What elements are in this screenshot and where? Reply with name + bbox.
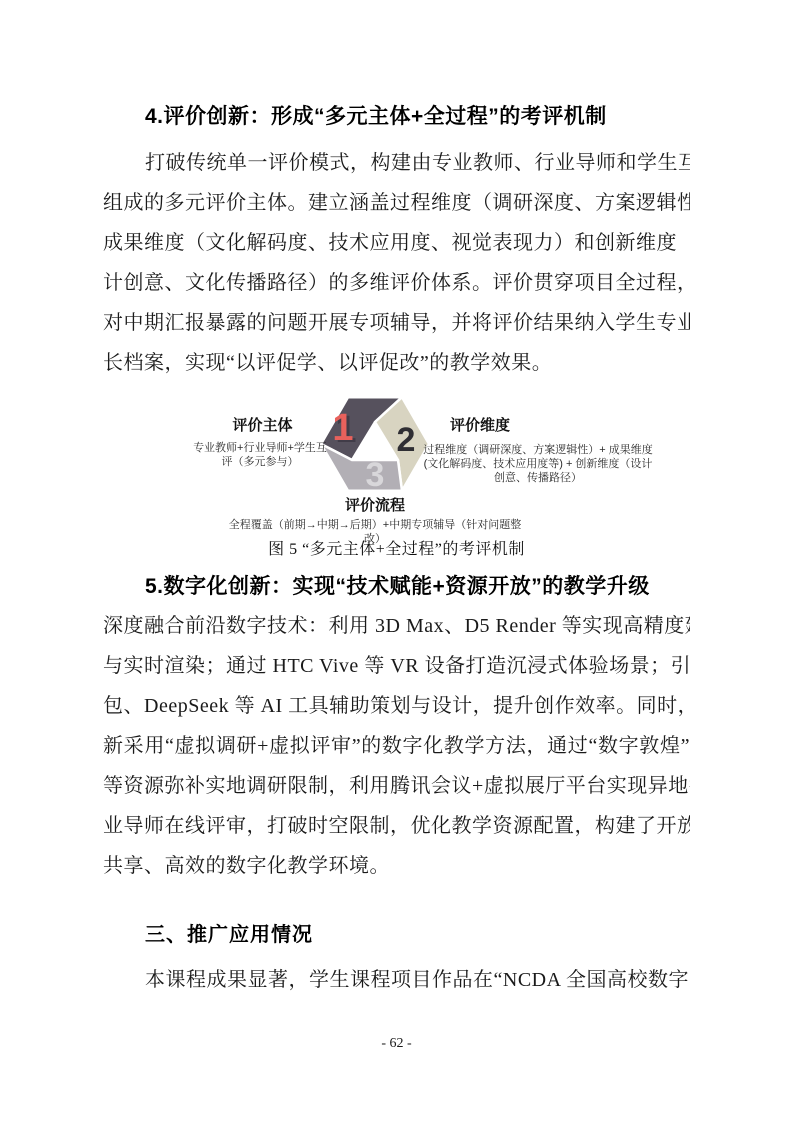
paragraph-line: 业导师在线评审，打破时空限制，优化教学资源配置，构建了开放、 <box>103 806 690 846</box>
label-line: 创意、传播路径） <box>418 471 658 485</box>
figure-caption: 图 5 “多元主体+全过程”的考评机制 <box>0 536 793 559</box>
paragraph-line: 新采用“虚拟调研+虚拟评审”的数字化教学方法，通过“数字敦煌” <box>103 726 690 766</box>
paragraph-line: 打破传统单一评价模式，构建由专业教师、行业导师和学生互评 <box>103 143 690 183</box>
label-line: 专业教师+行业导师+学生互 <box>180 441 340 455</box>
segment-3-number: 3 <box>366 456 385 494</box>
paragraph-line: 计创意、文化传播路径）的多维评价体系。评价贯穿项目全过程，针 <box>103 263 690 303</box>
paragraph-line: 包、DeepSeek 等 AI 工具辅助策划与设计，提升创作效率。同时，创 <box>103 686 690 726</box>
document-page: 4.评价创新：形成“多元主体+全过程”的考评机制 打破传统单一评价模式，构建由专… <box>0 0 793 1122</box>
paragraph-line: 共享、高效的数字化教学环境。 <box>103 846 690 886</box>
segment-2-number: 2 <box>397 421 416 459</box>
label-evaluation-dimension-desc: 过程维度（调研深度、方案逻辑性）+ 成果维度 (文化解码度、技术应用度等) + … <box>418 443 658 485</box>
label-line: 过程维度（调研深度、方案逻辑性）+ 成果维度 <box>418 443 658 457</box>
label-evaluation-dimension-title: 评价维度 <box>430 416 530 435</box>
paragraph-line: 对中期汇报暴露的问题开展专项辅导，并将评价结果纳入学生专业成 <box>103 303 690 343</box>
paragraph-line: 深度融合前沿数字技术：利用 3D Max、D5 Render 等实现高精度建模 <box>103 606 690 646</box>
label-line: 评（多元参与） <box>180 455 340 469</box>
label-evaluation-subject-desc: 专业教师+行业导师+学生互 评（多元参与） <box>180 441 340 469</box>
paragraph-evaluation: 打破传统单一评价模式，构建由专业教师、行业导师和学生互评 组成的多元评价主体。建… <box>103 143 690 383</box>
label-line: (文化解码度、技术应用度等) + 创新维度（设计 <box>418 457 658 471</box>
page-number: - 62 - <box>0 1036 793 1052</box>
paragraph-line: 组成的多元评价主体。建立涵盖过程维度（调研深度、方案逻辑性）、 <box>103 183 690 223</box>
paragraph-line: 等资源弥补实地调研限制，利用腾讯会议+虚拟展厅平台实现异地行 <box>103 766 690 806</box>
paragraph-line: 本课程成果显著，学生课程项目作品在“NCDA 全国高校数字艺 <box>103 960 690 1000</box>
label-evaluation-subject-title: 评价主体 <box>185 416 340 435</box>
paragraph-line: 成果维度（文化解码度、技术应用度、视觉表现力）和创新维度（设 <box>103 223 690 263</box>
paragraph-line: 与实时渲染；通过 HTC Vive 等 VR 设备打造沉浸式体验场景；引入豆 <box>103 646 690 686</box>
heading-evaluation-innovation: 4.评价创新：形成“多元主体+全过程”的考评机制 <box>103 102 690 132</box>
paragraph-digital: 深度融合前沿数字技术：利用 3D Max、D5 Render 等实现高精度建模 … <box>103 606 690 886</box>
heading-digital-innovation: 5.数字化创新：实现“技术赋能+资源开放”的教学升级 <box>103 572 690 602</box>
heading-promotion-application: 三、推广应用情况 <box>103 920 690 950</box>
paragraph-promotion: 本课程成果显著，学生课程项目作品在“NCDA 全国高校数字艺 <box>103 960 690 1000</box>
paragraph-line: 长档案，实现“以评促学、以评促改”的教学效果。 <box>103 343 690 383</box>
label-evaluation-process-title: 评价流程 <box>250 496 500 515</box>
